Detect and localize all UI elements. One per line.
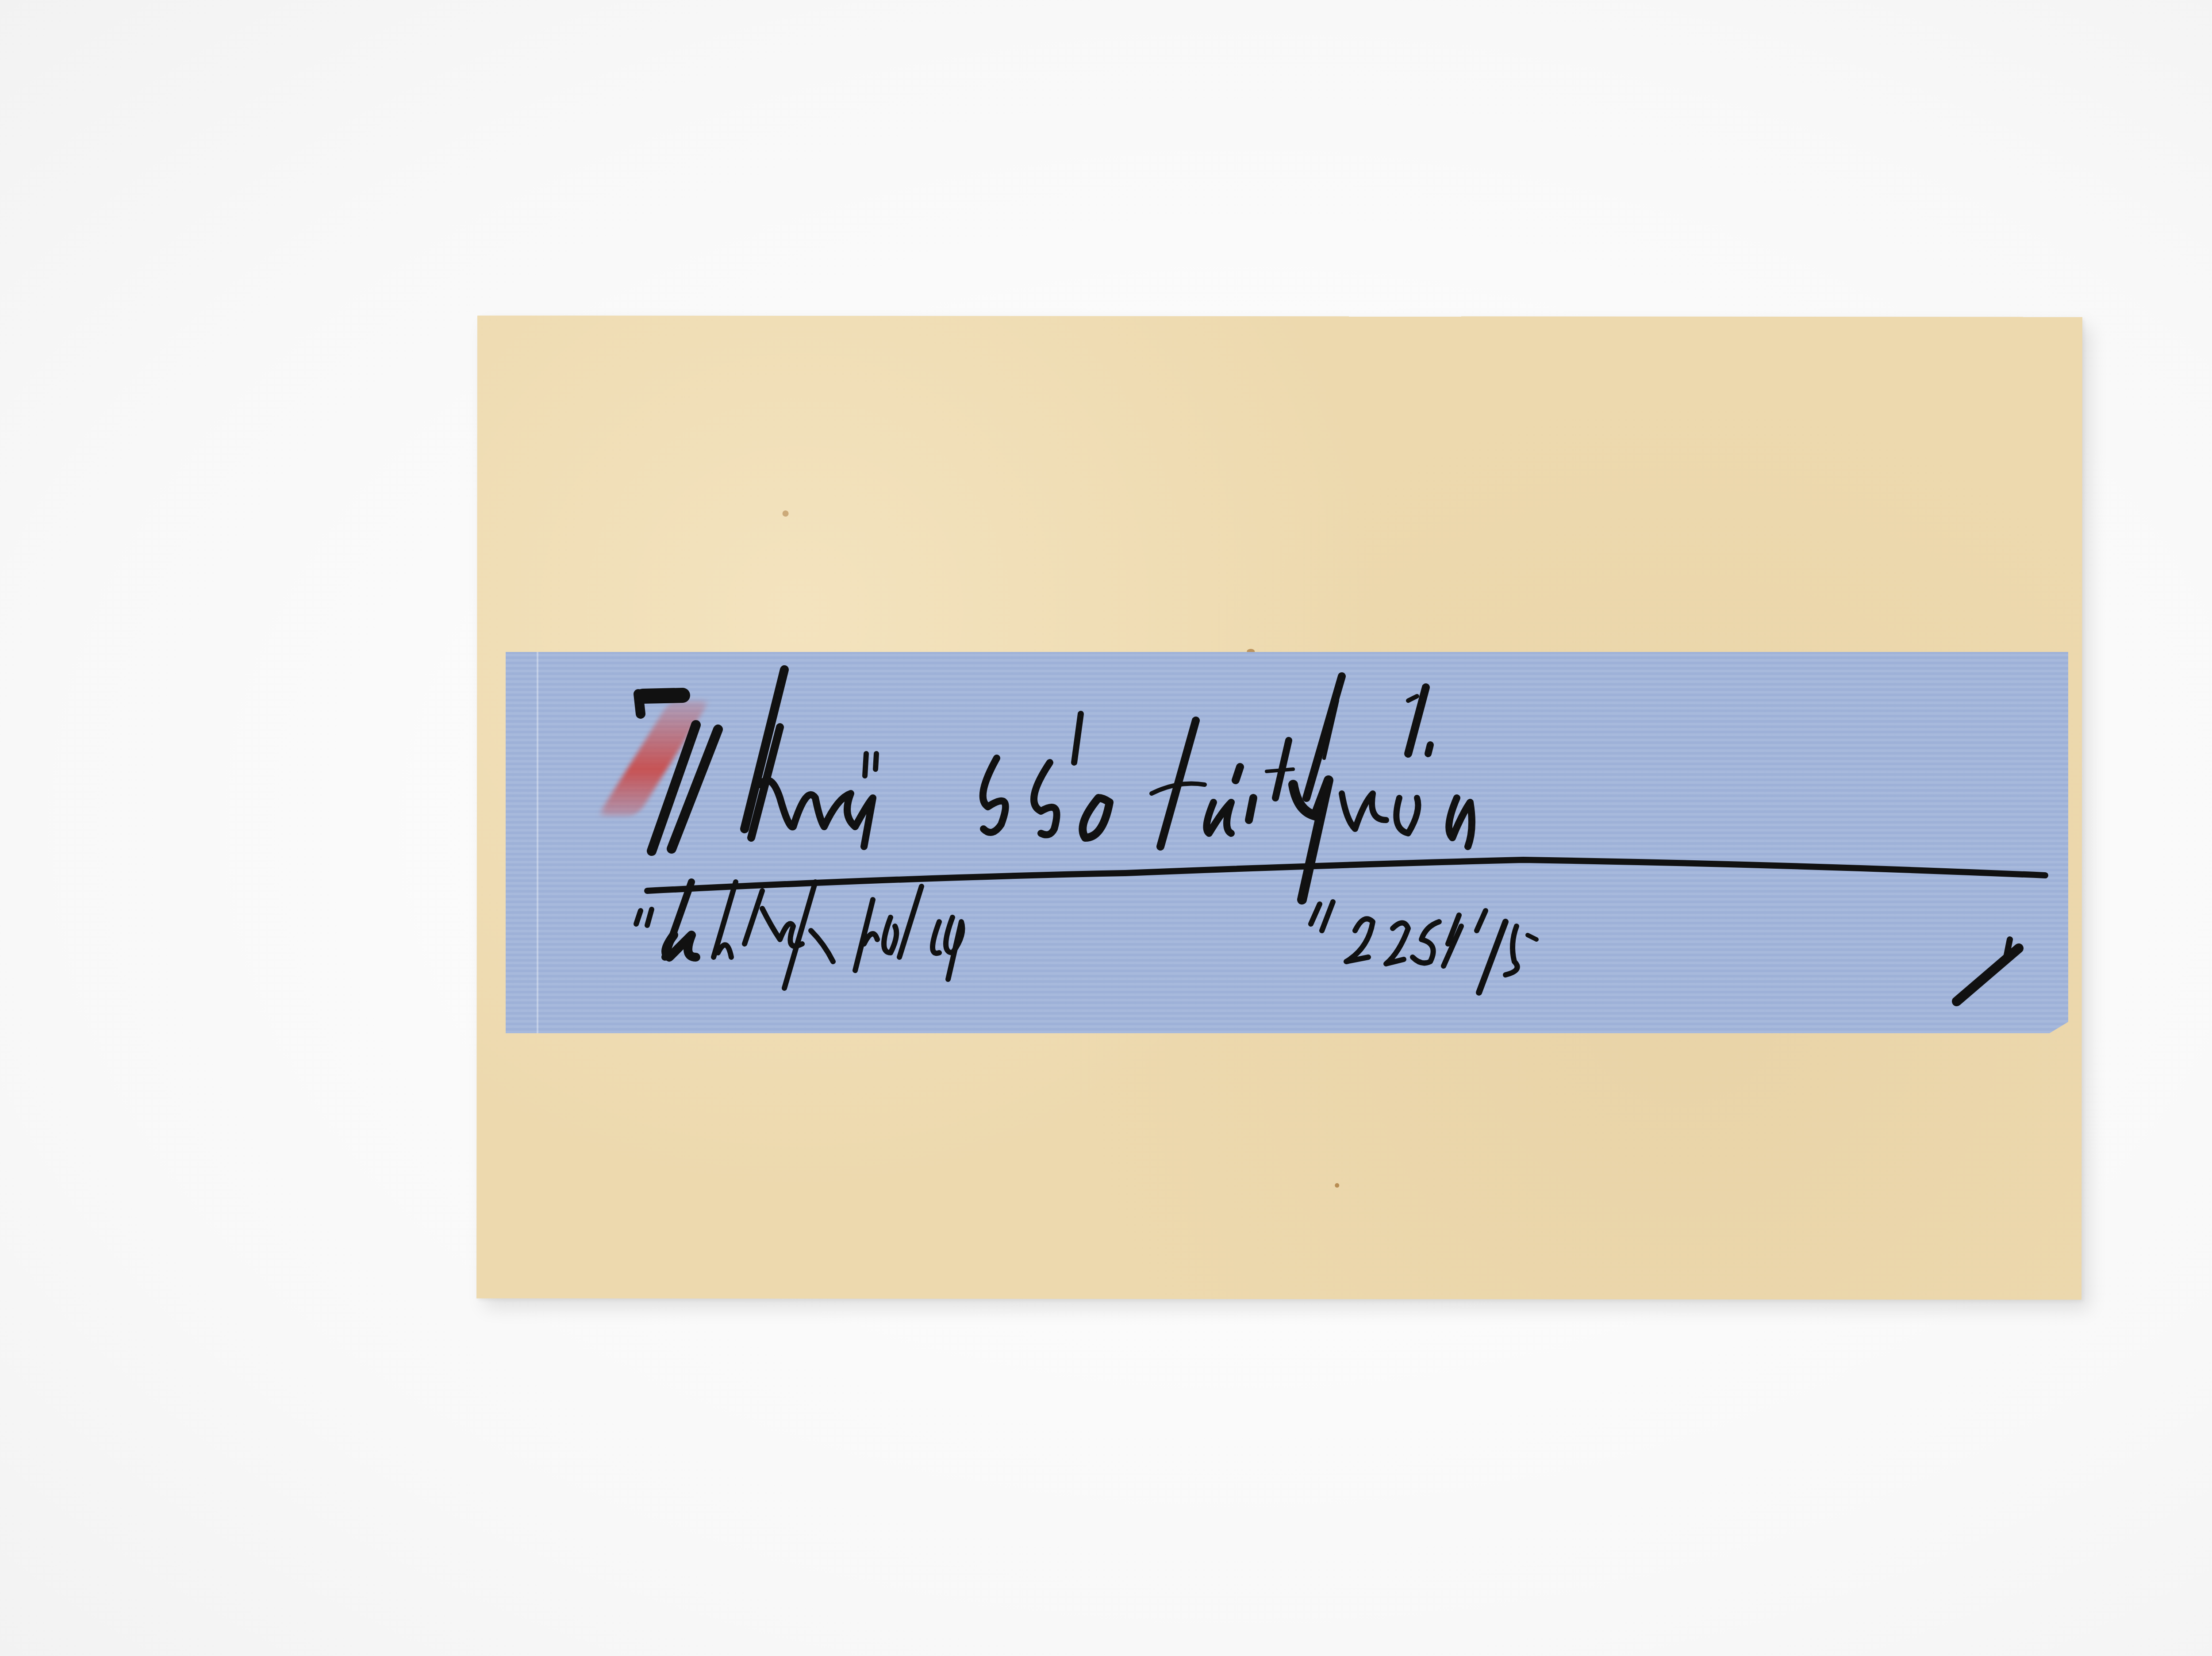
- handwriting-ink: [506, 652, 2068, 1033]
- handwriting-line-1: [638, 670, 2045, 900]
- reference-number-ink: [1311, 902, 2019, 1001]
- foxing-spot: [1335, 1183, 1339, 1188]
- blue-paper-slip: ‖ Kwaï ss'o taṅ ! Kwèin “we likely to be…: [506, 652, 2068, 1033]
- handwriting-line-2: [636, 882, 963, 988]
- foxing-spot: [783, 510, 789, 517]
